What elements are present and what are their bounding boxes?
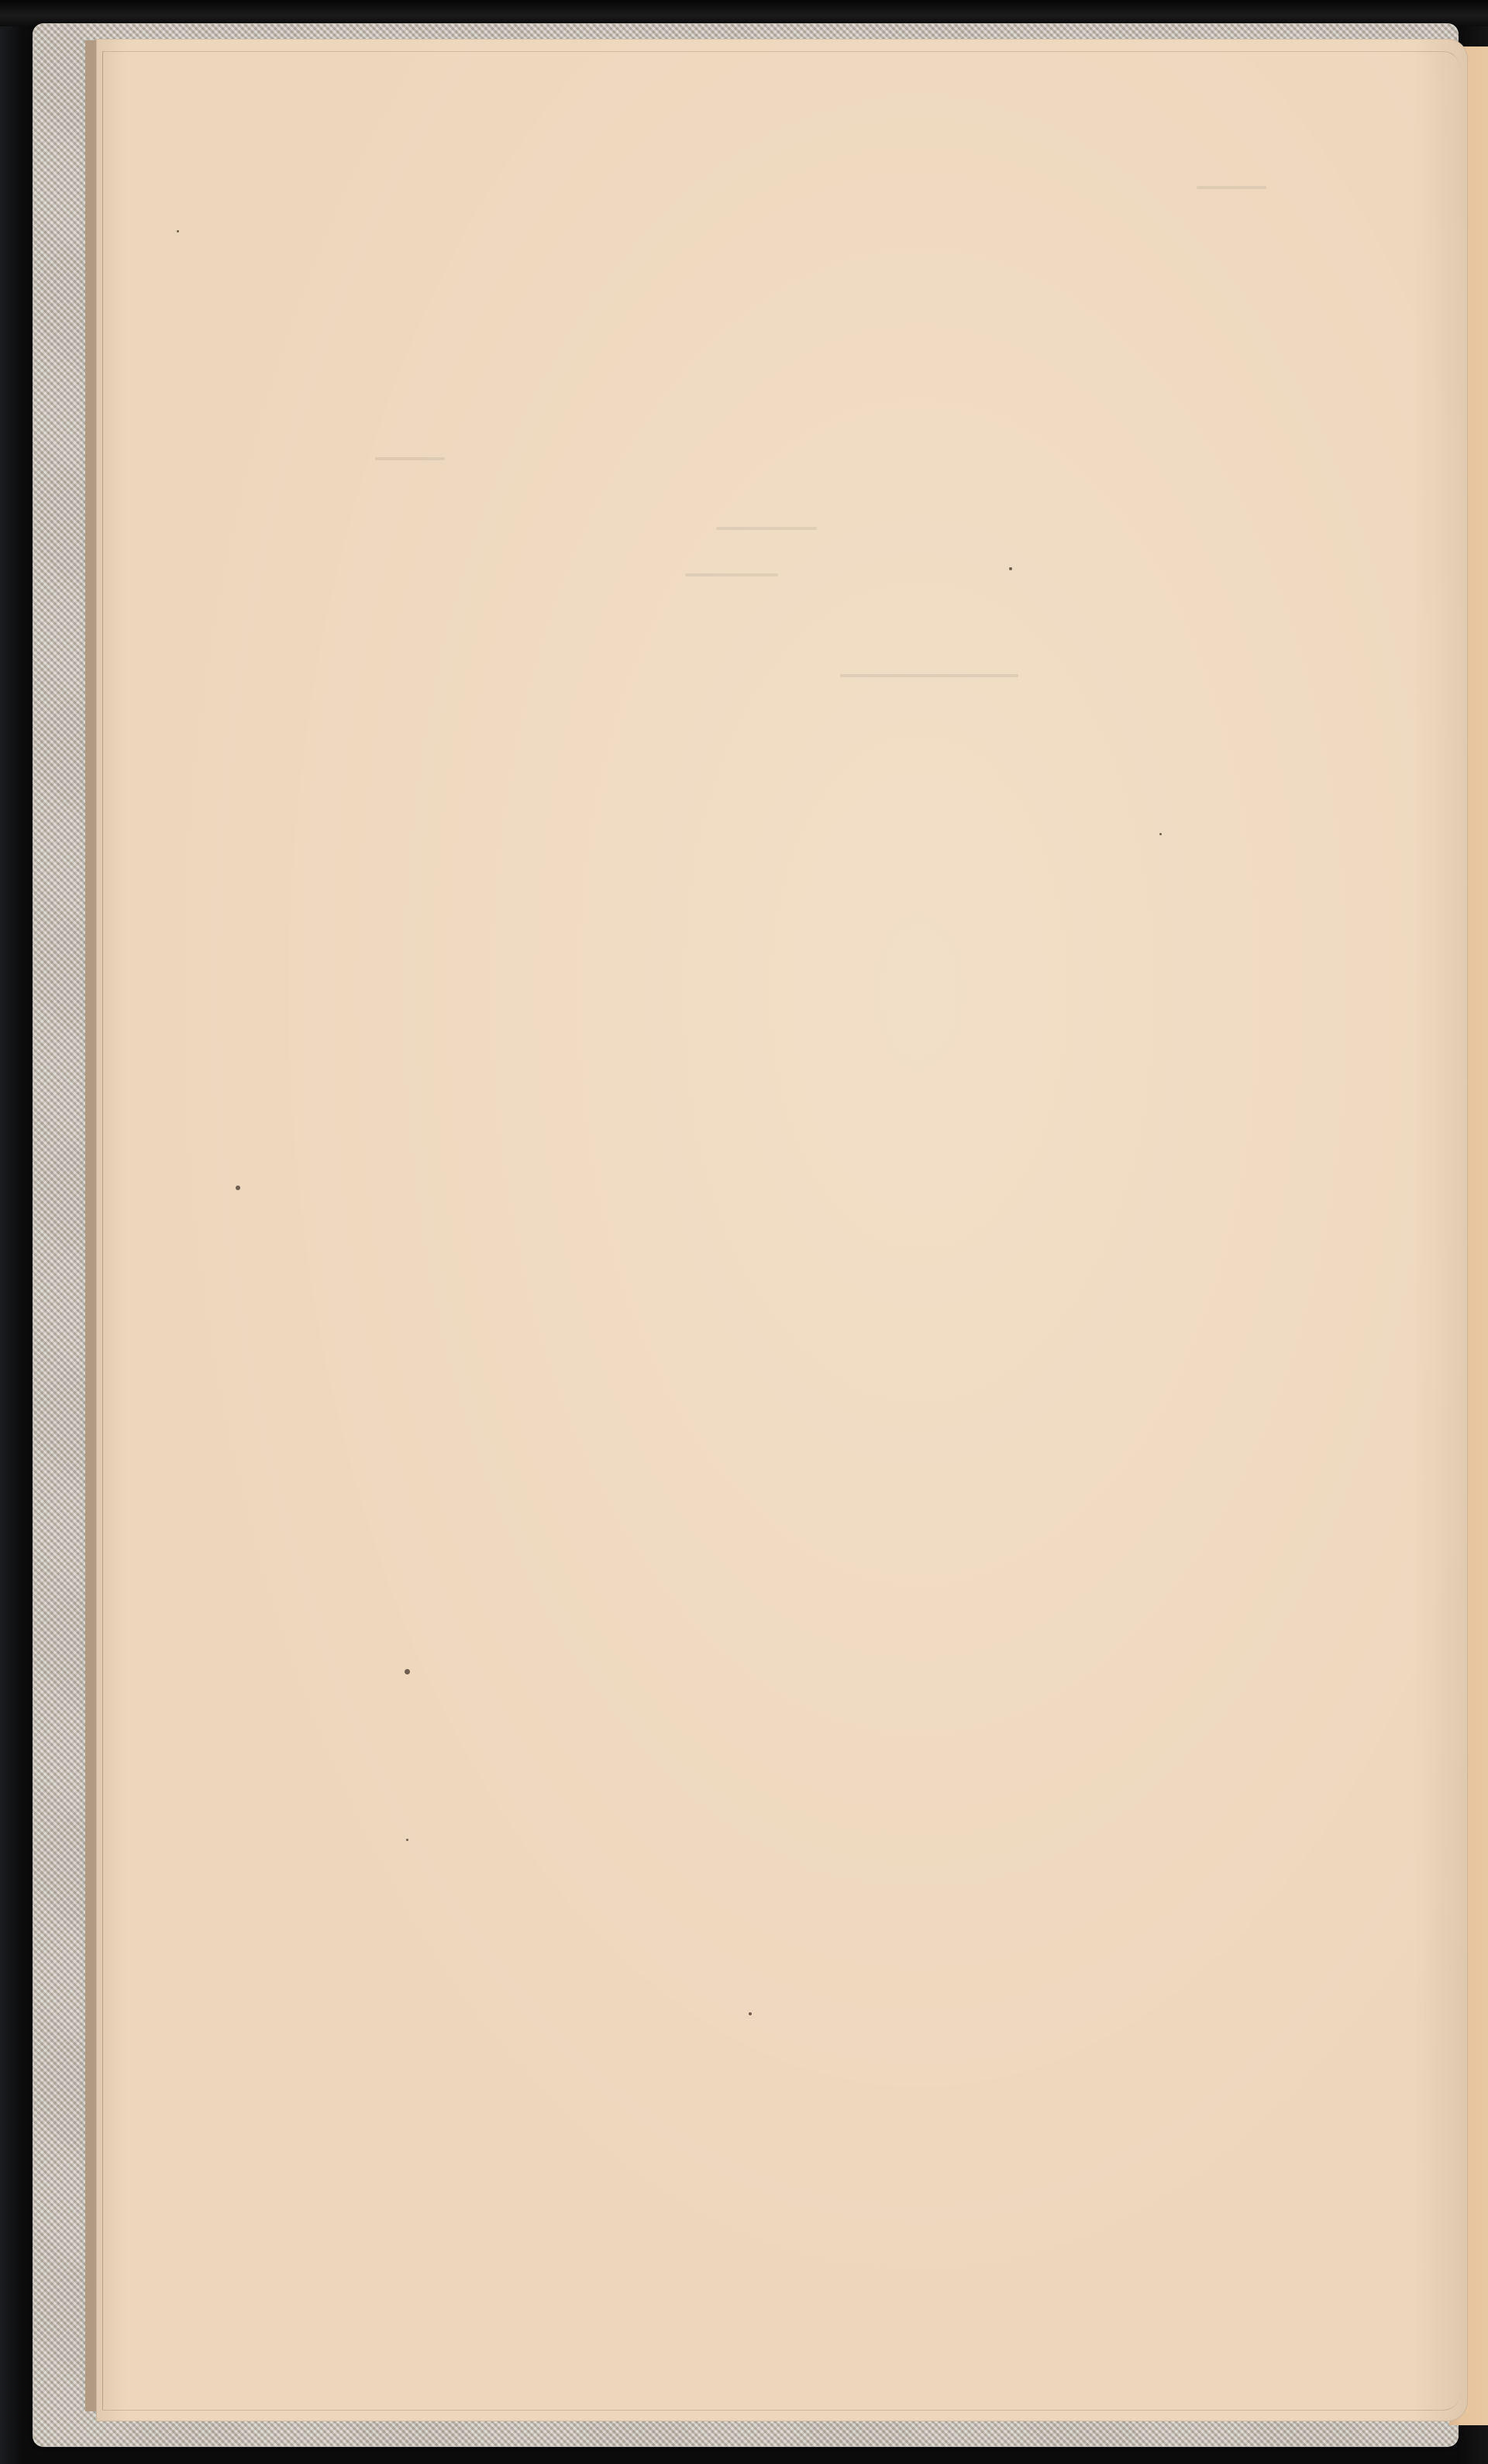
- show-through-mark: [1197, 186, 1266, 189]
- blank-page: [96, 39, 1468, 2421]
- paper-speck: [406, 1839, 408, 1841]
- scan-scene: [0, 0, 1488, 2464]
- paper-speck: [1009, 567, 1012, 570]
- paper-speck: [1159, 833, 1162, 835]
- scanner-background-top: [0, 0, 1488, 26]
- show-through-mark: [840, 674, 1018, 677]
- paper-speck: [236, 1186, 240, 1190]
- show-through-mark: [375, 457, 445, 460]
- paper-speck: [405, 1669, 410, 1674]
- paper-speck: [177, 230, 179, 232]
- paper-speck: [749, 2012, 752, 2015]
- show-through-mark: [685, 573, 778, 576]
- show-through-mark: [716, 527, 817, 530]
- page-fold-line: [102, 51, 1460, 2411]
